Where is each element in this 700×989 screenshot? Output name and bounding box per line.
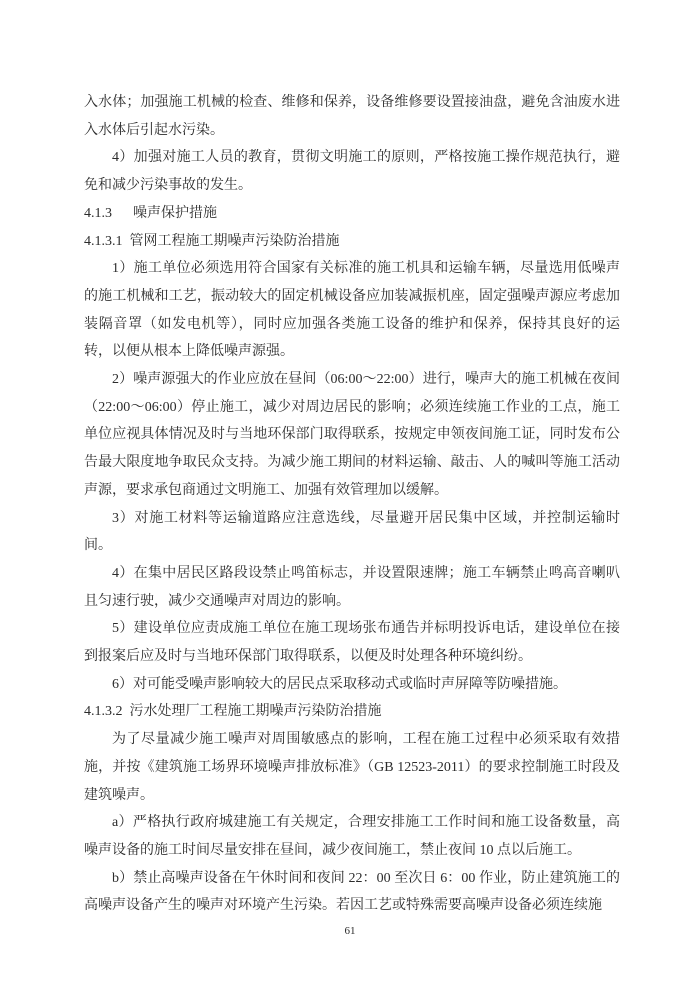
heading-title: 管网工程施工期噪声污染防治措施 xyxy=(130,234,340,249)
heading-number: 4.1.3 xyxy=(84,200,112,228)
paragraph: 2）噪声源强大的作业应放在昼间（06:00～22:00）进行，噪声大的施工机械在… xyxy=(84,366,620,505)
paragraph: 3）对施工材料等运输道路应注意选线，尽量避开居民集中区域，并控制运输时间。 xyxy=(84,505,620,560)
paragraph: 为了尽量减少施工噪声对周围敏感点的影响，工程在施工过程中必须采取有效措施，并按《… xyxy=(84,726,620,809)
section-heading: 4.1.3噪声保护措施 xyxy=(84,200,620,228)
heading-title: 污水处理厂工程施工期噪声污染防治措施 xyxy=(130,704,382,719)
document-page: 入水体；加强施工机械的检查、维修和保养，设备维修要设置接油盘，避免含油废水进入水… xyxy=(0,0,700,989)
paragraph: 入水体；加强施工机械的检查、维修和保养，设备维修要设置接油盘，避免含油废水进入水… xyxy=(84,89,620,144)
heading-title: 噪声保护措施 xyxy=(133,206,217,221)
paragraph: 4）在集中居民区路段设禁止鸣笛标志，并设置限速牌；施工车辆禁止鸣高音喇叭且匀速行… xyxy=(84,560,620,615)
paragraph: 5）建设单位应责成施工单位在施工现场张布通告并标明投诉电话，建设单位在接到报案后… xyxy=(84,615,620,670)
page-number: 61 xyxy=(345,925,356,937)
paragraph: a）严格执行政府城建施工有关规定，合理安排施工工作时间和施工设备数量，高噪声设备… xyxy=(84,809,620,864)
heading-number: 4.1.3.2 xyxy=(84,698,123,726)
paragraph: 6）对可能受噪声影响较大的居民点采取移动式或临时声屏障等防噪措施。 xyxy=(84,671,620,699)
paragraph: 1）施工单位必须选用符合国家有关标准的施工机具和运输车辆，尽量选用低噪声的施工机… xyxy=(84,255,620,366)
section-heading: 4.1.3.2污水处理厂工程施工期噪声污染防治措施 xyxy=(84,698,620,726)
paragraph: b）禁止高噪声设备在午休时间和夜间 22：00 至次日 6：00 作业，防止建筑… xyxy=(84,865,620,920)
heading-number: 4.1.3.1 xyxy=(84,228,123,256)
section-heading: 4.1.3.1管网工程施工期噪声污染防治措施 xyxy=(84,228,620,256)
page-footer: 61 xyxy=(0,924,700,938)
paragraph: 4）加强对施工人员的教育，贯彻文明施工的原则，严格按施工操作规范执行，避免和减少… xyxy=(84,144,620,199)
document-body-text: 入水体；加强施工机械的检查、维修和保养，设备维修要设置接油盘，避免含油废水进入水… xyxy=(84,89,620,920)
